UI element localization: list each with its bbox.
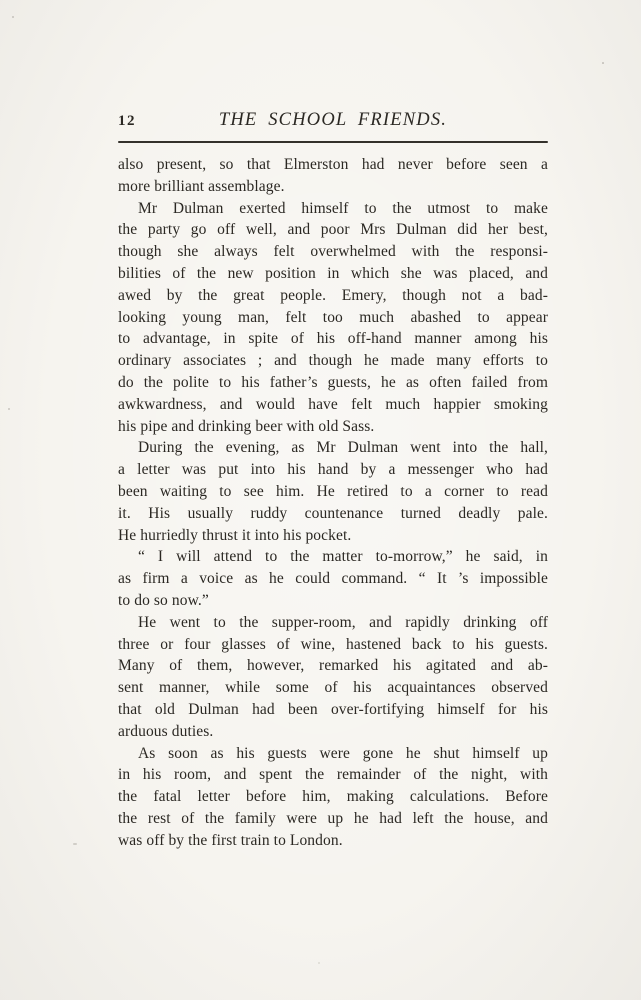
text-line: looking young man, felt too much abashed… (118, 307, 548, 329)
paragraph: Mr Dulman exerted himself to the utmost … (118, 198, 548, 438)
text-line: During the evening, as Mr Dulman went in… (118, 437, 548, 459)
scan-speck (602, 62, 604, 64)
scan-speck (73, 843, 77, 845)
text-line: three or four glasses of wine, hastened … (118, 634, 548, 656)
text-line: was off by the first train to London. (118, 830, 548, 852)
paragraph: As soon as his guests were gone he shut … (118, 743, 548, 852)
text-line: the party go off well, and poor Mrs Dulm… (118, 219, 548, 241)
text-line: that old Dulman had been over-fortifying… (118, 699, 548, 721)
paragraph: He went to the supper-room, and rapidly … (118, 612, 548, 743)
text-line: it. His usually ruddy countenance turned… (118, 503, 548, 525)
scanned-page: 12 THE SCHOOL FRIENDS. also present, so … (0, 0, 641, 1000)
text-line: as firm a voice as he could command. “ I… (118, 568, 548, 590)
text-line: to do so now.” (118, 590, 548, 612)
text-line: ordinary associates ; and though he made… (118, 350, 548, 372)
text-line: his pipe and drinking beer with old Sass… (118, 416, 548, 438)
text-line: arduous duties. (118, 721, 548, 743)
text-line: Many of them, however, remarked his agit… (118, 655, 548, 677)
text-line: the fatal letter before him, making calc… (118, 786, 548, 808)
paragraph: also present, so that Elmerston had neve… (118, 154, 548, 198)
paragraph: “ I will attend to the matter to-morrow,… (118, 546, 548, 611)
text-line: Mr Dulman exerted himself to the utmost … (118, 198, 548, 220)
text-line: sent manner, while some of his acquainta… (118, 677, 548, 699)
text-line: also present, so that Elmerston had neve… (118, 154, 548, 176)
page-body: also present, so that Elmerston had neve… (118, 154, 548, 852)
text-line: a letter was put into his hand by a mess… (118, 459, 548, 481)
text-line: awed by the great people. Emery, though … (118, 285, 548, 307)
text-line: bilities of the new position in which sh… (118, 263, 548, 285)
scan-speck (318, 962, 320, 964)
text-line: As soon as his guests were gone he shut … (118, 743, 548, 765)
text-line: awkwardness, and would have felt much ha… (118, 394, 548, 416)
text-line: to advantage, in spite of his off-hand m… (118, 328, 548, 350)
running-title: THE SCHOOL FRIENDS. (219, 110, 447, 131)
scan-speck (8, 408, 10, 410)
text-line: the rest of the family were up he had le… (118, 808, 548, 830)
text-line: “ I will attend to the matter to-morrow,… (118, 546, 548, 568)
paragraph: During the evening, as Mr Dulman went in… (118, 437, 548, 546)
header-rule (118, 141, 548, 143)
text-line: in his room, and spent the remainder of … (118, 764, 548, 786)
text-line: He went to the supper-room, and rapidly … (118, 612, 548, 634)
page-header: 12 THE SCHOOL FRIENDS. (118, 110, 548, 134)
text-line: He hurriedly thrust it into his pocket. (118, 525, 548, 547)
text-line: though she always felt overwhelmed with … (118, 241, 548, 263)
text-line: do the polite to his father’s guests, he… (118, 372, 548, 394)
page-number: 12 (118, 113, 136, 130)
text-line: been waiting to see him. He retired to a… (118, 481, 548, 503)
scan-speck (12, 16, 14, 18)
text-line: more brilliant assemblage. (118, 176, 548, 198)
